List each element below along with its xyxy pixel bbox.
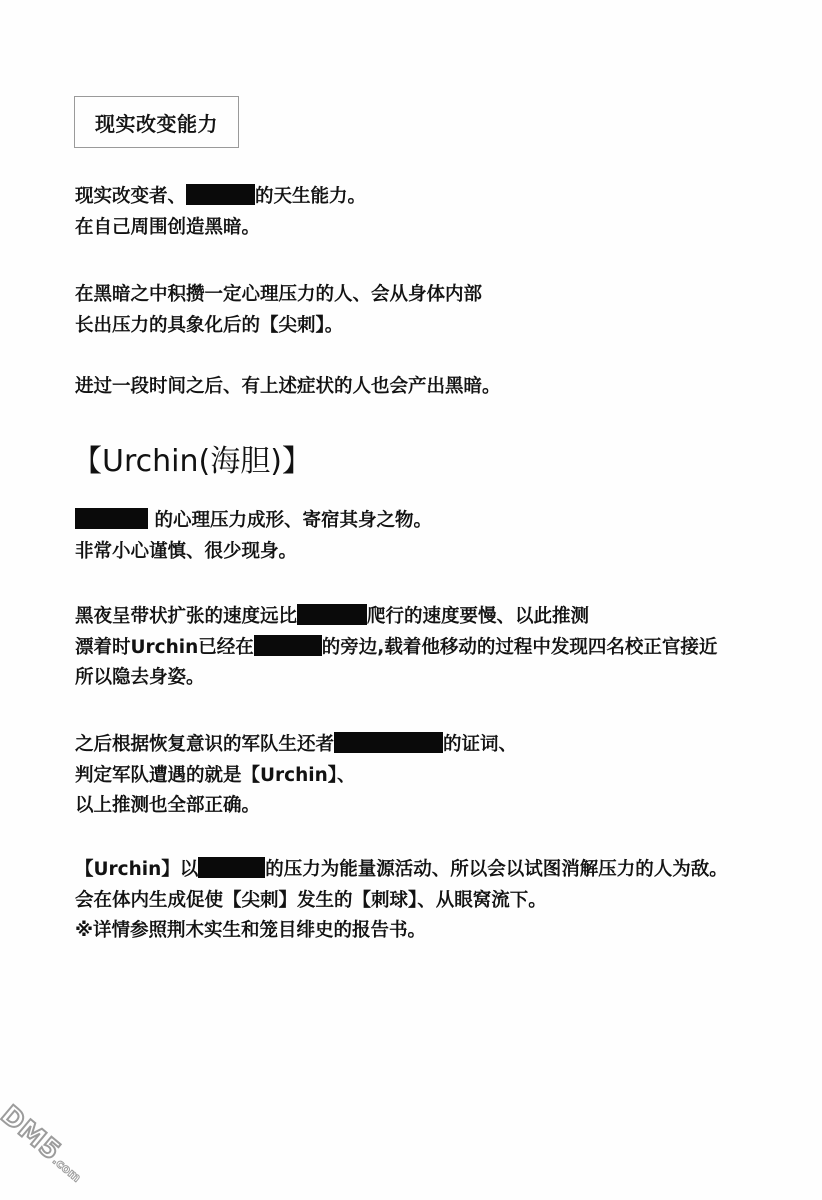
text-line: 现实改变者、的天生能力。	[75, 182, 366, 213]
text-line: 【Urchin】以的压力为能量源活动、所以会以试图消解压力的人为敌。	[75, 855, 728, 886]
text-line: 长出压力的具象化后的【尖刺】。	[75, 311, 482, 342]
text-line: 非常小心谨慎、很少现身。	[75, 537, 432, 568]
text-line: 的心理压力成形、寄宿其身之物。	[75, 506, 432, 537]
text-line: 漂着时Urchin已经在的旁边,载着他移动的过程中发现四名校正官接近	[75, 633, 717, 664]
text-segment: 黑夜呈带状扩张的速度远比	[75, 606, 297, 627]
text-line: 所以隐去身姿。	[75, 663, 717, 694]
text-segment: 漂着时Urchin已经在	[75, 637, 254, 658]
redaction-block	[254, 635, 322, 656]
text-segment: 【Urchin】以	[75, 859, 198, 880]
text-segment: 的天生能力。	[255, 186, 366, 207]
paragraph-speed-inference: 黑夜呈带状扩张的速度远比爬行的速度要慢、以此推测 漂着时Urchin已经在的旁边…	[75, 602, 717, 694]
text-segment: 之后根据恢复意识的军队生还者	[75, 734, 334, 755]
paragraph-survivor-testimony: 之后根据恢复意识的军队生还者的证词、 判定军队遭遇的就是【Urchin】、 以上…	[75, 730, 517, 822]
redaction-block	[75, 508, 148, 529]
text-line: 在黑暗之中积攒一定心理压力的人、会从身体内部	[75, 280, 482, 311]
text-line: 以上推测也全部正确。	[75, 791, 517, 822]
text-line: 在自己周围创造黑暗。	[75, 213, 366, 244]
watermark-suffix: .com	[50, 1153, 84, 1185]
text-line: 黑夜呈带状扩张的速度远比爬行的速度要慢、以此推测	[75, 602, 717, 633]
section-title: 现实改变能力	[95, 108, 218, 137]
text-line: 之后根据恢复意识的军队生还者的证词、	[75, 730, 517, 761]
text-line: ※详情参照荆木实生和笼目绯史的报告书。	[75, 916, 728, 947]
document-page: 现实改变能力 现实改变者、的天生能力。 在自己周围创造黑暗。 在黑暗之中积攒一定…	[0, 0, 822, 1200]
redaction-block	[186, 184, 255, 205]
text-segment: 的证词、	[443, 734, 517, 755]
paragraph-urchin-behavior: 【Urchin】以的压力为能量源活动、所以会以试图消解压力的人为敌。 会在体内生…	[75, 855, 728, 947]
text-segment: 的心理压力成形、寄宿其身之物。	[148, 510, 432, 531]
paragraph-spikes: 在黑暗之中积攒一定心理压力的人、会从身体内部 长出压力的具象化后的【尖刺】。	[75, 280, 482, 341]
text-segment: 的压力为能量源活动、所以会以试图消解压力的人为敌。	[265, 859, 728, 880]
text-segment: 的旁边,载着他移动的过程中发现四名校正官接近	[322, 637, 718, 658]
text-line: 进过一段时间之后、有上述症状的人也会产出黑暗。	[75, 372, 501, 403]
urchin-heading: 【Urchin(海胆)】	[72, 441, 312, 483]
redaction-block	[198, 857, 265, 878]
text-segment: 爬行的速度要慢、以此推测	[367, 606, 589, 627]
section-title-box: 现实改变能力	[74, 96, 239, 148]
redaction-block	[297, 604, 367, 625]
paragraph-darkness-spread: 进过一段时间之后、有上述症状的人也会产出黑暗。	[75, 372, 501, 403]
paragraph-reality-changer: 现实改变者、的天生能力。 在自己周围创造黑暗。	[75, 182, 366, 243]
text-segment: 现实改变者、	[75, 186, 186, 207]
redaction-block	[334, 732, 443, 753]
text-line: 判定军队遭遇的就是【Urchin】、	[75, 761, 517, 792]
text-line: 会在体内生成促使【尖刺】发生的【刺球】、从眼窝流下。	[75, 886, 728, 917]
paragraph-urchin-origin: 的心理压力成形、寄宿其身之物。 非常小心谨慎、很少现身。	[75, 506, 432, 567]
site-watermark-logo: DM5.com	[0, 1100, 91, 1188]
